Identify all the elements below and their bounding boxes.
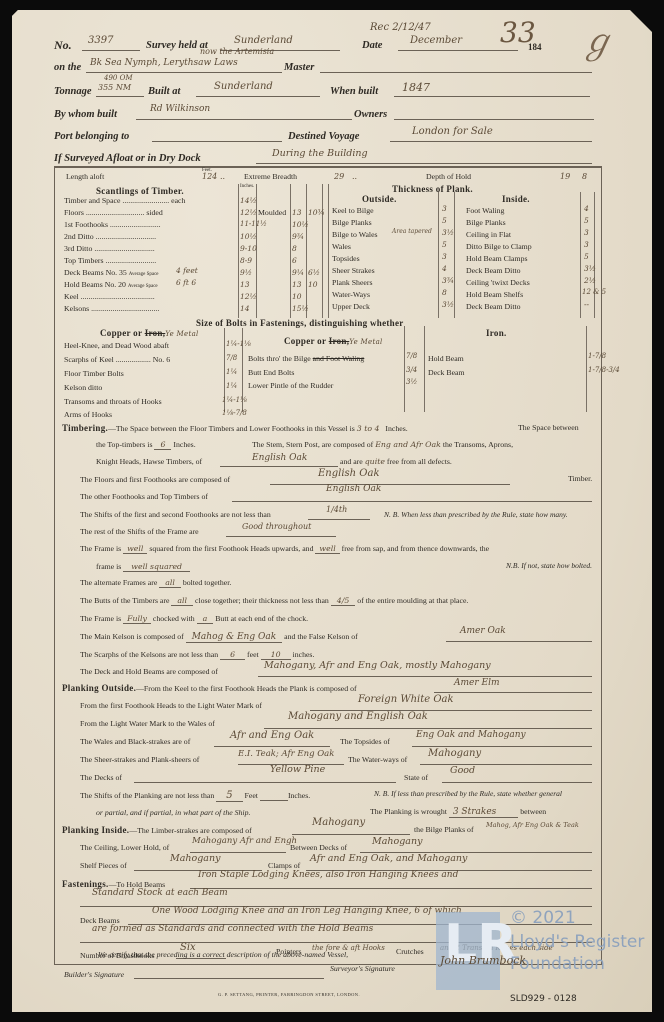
survey-held-at-value: Sunderland <box>234 35 293 46</box>
text: From the Light Water Mark to the Wales o… <box>80 719 215 728</box>
outside-label: Keel to Bilge <box>332 206 374 215</box>
middle-value: 10 <box>292 292 302 301</box>
inside-value: 12 & 5 <box>582 288 606 296</box>
text: inches. <box>293 650 315 659</box>
bolt-label: Lower Pintle of the Rudder <box>248 381 333 390</box>
value: Yellow Pine <box>270 764 325 775</box>
text: The rest of the Shifts of the Frame are <box>80 527 199 536</box>
ends-value: 10 <box>308 280 318 289</box>
middle-value: 10½ <box>292 220 309 229</box>
bolt-value: 1¼-1⅛ <box>222 396 247 404</box>
row-label: Floors <box>64 208 84 217</box>
sided-value: 12½ <box>240 292 257 301</box>
value: 4/5 <box>331 596 356 606</box>
value: Mahogany <box>372 836 422 847</box>
outside-value: 5 <box>442 216 447 225</box>
sided-value: 9½ <box>240 268 252 277</box>
inside-title: Inside. <box>502 194 530 204</box>
sided-value: 10½ <box>240 232 257 241</box>
value: Afr and Eng Oak <box>230 730 314 741</box>
row-label: Timber and Space <box>64 196 120 205</box>
note: N. B. When less than prescribed by the R… <box>384 510 568 519</box>
owners-label: Owners <box>354 109 387 120</box>
outside-value: 3½ <box>442 228 454 237</box>
surveyor-signature-value: John Brumbock <box>440 954 526 967</box>
outside-label: Upper Deck <box>332 302 370 311</box>
text: Inches. <box>173 440 195 449</box>
text: The other Foothooks and Top Timbers of <box>80 492 208 501</box>
survey-held-at-label: Survey held at <box>146 40 208 51</box>
text: Between Decks of <box>290 843 347 852</box>
outside-value: 3½ <box>442 300 454 309</box>
no-label: No. <box>54 38 72 53</box>
value: Mahogany, Afr and Eng Oak, mostly Mahoga… <box>264 660 491 671</box>
bolt-value: 1⅛-7/8 <box>222 409 247 417</box>
middle-value: 9¾ <box>292 232 304 241</box>
bolt-struck: and Foot Waling <box>313 354 365 363</box>
value: Foreign White Oak <box>358 694 454 705</box>
port-label: Port belonging to <box>54 131 129 142</box>
text: Knight Heads, Hawse Timbers, of <box>96 457 202 466</box>
middle-value: 9¼ <box>292 268 304 277</box>
value: 5 <box>216 790 242 802</box>
text: Timber. <box>568 474 592 483</box>
bolt-label: Kelson ditto <box>64 383 102 392</box>
row-label: 2nd Ditto <box>64 232 94 241</box>
bolt-value: 1¼-1⅛ <box>226 340 251 348</box>
text: chocked with <box>153 614 195 623</box>
text: close together; their thickness not less… <box>195 596 329 605</box>
voyage-label: Destined Voyage <box>288 131 359 142</box>
value: Mahogany <box>170 853 220 864</box>
bolts-title: Size of Bolts in Fastenings, distinguish… <box>196 318 404 328</box>
text: The Butts of the Timbers are <box>80 596 169 605</box>
text: the Bilge Planks of <box>414 825 474 834</box>
inside-value: 3 <box>584 228 589 237</box>
text: The Frame is <box>80 614 121 623</box>
tonnage-label: Tonnage <box>54 86 92 97</box>
value: 6 <box>220 650 245 660</box>
copper-or-label-2: Copper or Iron,Ye Metal <box>284 336 383 346</box>
value: well squared <box>123 562 190 572</box>
text: The Floors and first Foothooks are compo… <box>80 475 230 484</box>
value: English Oak <box>252 453 307 463</box>
value: Mahogany <box>428 748 481 759</box>
sided-value: 14½ <box>240 196 257 205</box>
outside-note: Area tapered <box>392 228 432 235</box>
inside-value: 5 <box>584 252 589 261</box>
outside-value: 3¾ <box>442 276 454 285</box>
sided-value: 14 <box>240 304 250 313</box>
surveyor-signature-label: Surveyor's Signature <box>330 964 395 973</box>
value: 1/4th <box>326 505 347 514</box>
row-label: 1st Foothooks <box>64 220 108 229</box>
builder-signature-label: Builder's Signature <box>64 970 124 979</box>
breadth-in: .. <box>352 172 357 181</box>
bolt-label: Arms of Hooks <box>64 410 112 419</box>
row-suffix: each <box>171 196 185 205</box>
on-the-value: Bk Sea Nymph, Lerythsaw Laws <box>90 58 238 68</box>
space-value: 4 feet <box>176 266 198 275</box>
middle-value: 13 <box>292 280 302 289</box>
outside-label: Sheer Strakes <box>332 266 375 275</box>
value: English Oak <box>318 468 380 479</box>
inside-label: Hold Beam Shelfs <box>466 290 523 299</box>
bolt-label: Deck Beam <box>428 368 465 377</box>
scantling-row: Deck Beams No. 35 Average Space <box>64 268 159 277</box>
text: The Sheer-strakes and Plank-sheers of <box>80 755 199 764</box>
bolt-label-text: Scarphs of Keel <box>64 355 114 364</box>
scantling-row: 3rd Ditto ..............................… <box>64 244 155 253</box>
certify-text: We certify that the preceding is a corre… <box>98 950 348 959</box>
text: From the first Foothook Heads to the Lig… <box>80 701 262 710</box>
bolt-value: 1-7/8-3/4 <box>588 366 620 374</box>
moulded-label: Moulded <box>258 208 286 217</box>
text: and are <box>340 457 363 466</box>
bolt-value: 1¼ <box>226 368 237 376</box>
inside-value: 4 <box>584 204 589 213</box>
when-built-label: When built <box>330 86 378 97</box>
text: The Topsides of <box>340 737 390 746</box>
text: —The Space between the Floor Timbers and… <box>108 424 355 433</box>
text: free from sap, and from thence downwards… <box>342 544 489 553</box>
bolt-value: 1-7/8 <box>588 352 606 360</box>
value: Standard Stock at each Beam <box>92 888 228 898</box>
sided-value: 13 <box>240 280 250 289</box>
outside-label: Bilge Planks <box>332 218 372 227</box>
row-suffix: sided <box>146 208 162 217</box>
text: Butt at each end of the chock. <box>215 614 308 623</box>
sided-value: 12½ <box>240 208 257 217</box>
inside-value: 2½ <box>584 276 596 285</box>
sided-value: 8-9 <box>240 256 252 265</box>
row-label: 3rd Ditto <box>64 244 92 253</box>
scantling-row: Timber and Space .......................… <box>64 196 185 205</box>
planking-outside-heading: Planking Outside. <box>62 683 136 693</box>
sided-value: 11-11½ <box>240 220 267 228</box>
value: Good <box>450 765 475 776</box>
inside-label: Deck Beam Ditto <box>466 266 521 275</box>
bolt-value: 7/8 <box>406 352 417 360</box>
text: Inches. <box>385 424 407 433</box>
text: the Transoms, Aprons, <box>443 440 513 449</box>
value: Mahogany and English Oak <box>288 711 428 722</box>
bolt-label: Heel-Knee, and Dead Wood abaft <box>64 341 169 350</box>
text: The Ceiling, Lower Hold, of <box>80 843 169 852</box>
scantling-row: Top Timbers .......................... <box>64 256 156 265</box>
text: The Space between <box>518 423 579 432</box>
value: Fully <box>123 614 151 624</box>
iron-struck: Iron, <box>329 336 350 346</box>
text: squared from the first Foothook Heads up… <box>149 544 313 553</box>
value: 6 <box>154 440 171 450</box>
text: —From the Keel to the first Foothook Hea… <box>136 684 356 693</box>
inches-header: Inches. <box>240 184 254 189</box>
sided-value: 9-10 <box>240 244 257 253</box>
no-value: 3397 <box>88 35 113 46</box>
metal-note: Ye Metal <box>165 330 198 338</box>
ends-value: 10¾ <box>308 208 325 217</box>
outside-label: Water-Ways <box>332 290 370 299</box>
length-label: Length aloft <box>66 172 104 181</box>
value: Iron Staple Lodging Knees, also Iron Han… <box>198 870 458 880</box>
length-ft: 124 <box>202 172 217 181</box>
middle-value: 8 <box>292 244 297 253</box>
value: all <box>159 578 181 588</box>
text: The Frame is <box>80 544 121 553</box>
value: Amer Oak <box>460 626 506 636</box>
value: a <box>197 614 214 624</box>
copyright-text: © 2021 <box>510 908 576 928</box>
space-value: 6 ft 6 <box>176 278 196 287</box>
outside-value: 8 <box>442 288 447 297</box>
text: Inches. <box>288 791 310 800</box>
row-label: Top Timbers <box>64 256 104 265</box>
copper-or-label: Copper or Iron,Ye Metal <box>100 328 199 338</box>
inside-label: Ceiling in Flat <box>466 230 511 239</box>
year-prefix: 184 <box>528 42 542 52</box>
row-label: Kelsons <box>64 304 89 313</box>
length-in: .. <box>220 172 225 181</box>
text: The Shifts of the Planking are not less … <box>80 791 214 800</box>
text: bolted together. <box>183 578 232 587</box>
text: Shelf Pieces of <box>80 861 127 870</box>
bolt-label: Bolts thro' the Bilge and Foot Waling <box>248 354 364 363</box>
afloat-value: During the Building <box>272 148 368 159</box>
planking-inside-heading: Planking Inside. <box>62 825 129 835</box>
date-value: December <box>410 35 462 46</box>
iron-title: Iron. <box>486 328 507 338</box>
bolt-label: Transoms and throats of Hooks <box>64 397 162 406</box>
text: and the False Kelson of <box>284 632 358 641</box>
value: English Oak <box>326 484 381 494</box>
scantling-row: Hold Beams No. 20 Average Space <box>64 280 158 289</box>
plank-title: Thickness of Plank. <box>392 184 473 194</box>
text: The Shifts of the first and second Footh… <box>80 510 271 519</box>
middle-value: 6 <box>292 256 297 265</box>
value: Mahog & Eng Oak <box>186 632 282 643</box>
scantling-row: Kelsons ................................… <box>64 304 159 313</box>
bolt-value: 3½ <box>406 378 417 386</box>
bolt-label-text: Bolts thro' the Bilge <box>248 354 311 363</box>
scantling-row: 2nd Ditto ..............................… <box>64 232 156 241</box>
value: are formed as Standards and connected wi… <box>92 924 373 934</box>
bolt-label: Floor Timber Bolts <box>64 369 124 378</box>
inside-value: 3 <box>584 240 589 249</box>
scantling-row: 1st Foothooks .......................... <box>64 220 161 229</box>
value: 3 Strakes <box>449 807 518 818</box>
value: Mahog, Afr Eng Oak & Teak <box>486 821 579 829</box>
inside-label: Hold Beam Clamps <box>466 254 528 263</box>
middle-value: 13 <box>292 208 302 217</box>
text: —The Limber-strakes are composed of <box>129 826 251 835</box>
above-note: now the Artemisia <box>200 47 274 56</box>
foundation-name-line1: Lloyd's Register <box>510 932 644 952</box>
bolt-label: Butt End Bolts <box>248 368 294 377</box>
ends-value: 6½ <box>308 268 320 277</box>
master-label: Master <box>284 62 314 73</box>
value: quite <box>365 457 385 466</box>
note: or partial, and if partial, in what part… <box>96 808 250 817</box>
text: between <box>520 807 546 816</box>
value: 3 to 4 <box>357 424 380 433</box>
outside-label: Bilge to Wales <box>332 230 378 239</box>
bolt-value: 7/8 <box>226 354 237 362</box>
inside-label: Bilge Planks <box>466 218 506 227</box>
text: the Top-timbers is <box>96 440 152 449</box>
outside-value: 5 <box>442 240 447 249</box>
timbering-heading: Timbering. <box>62 423 108 433</box>
average-space: Average Space <box>128 284 158 289</box>
text: The Scarphs of the Kelsons are not less … <box>80 650 218 659</box>
built-at-label: Built at <box>148 86 180 97</box>
on-the-label: on the <box>54 62 81 73</box>
bolt-value: 1¼ <box>226 382 237 390</box>
text: The Wales and Black-strakes are of <box>80 737 190 746</box>
average-space: Average Space <box>129 272 159 277</box>
value: One Wood Lodging Knee and an Iron Leg Ha… <box>152 906 462 916</box>
text: The Decks of <box>80 773 122 782</box>
text: Clamps of <box>268 861 300 870</box>
inside-value: 5 <box>584 216 589 225</box>
value: Good throughout <box>242 522 311 531</box>
text: free from all defects. <box>387 457 452 466</box>
outside-label: Topsides <box>332 254 360 263</box>
inside-value: -- <box>584 300 589 309</box>
text: State of <box>404 773 428 782</box>
inside-label: Foot Waling <box>466 206 504 215</box>
built-at-value: Sunderland <box>214 81 273 92</box>
inside-value: 3½ <box>584 264 596 273</box>
by-whom-value: Rd Wilkinson <box>150 104 210 114</box>
text: The alternate Frames are <box>80 578 157 587</box>
by-whom-label: By whom built <box>54 109 117 120</box>
metal-note: Ye Metal <box>349 338 382 346</box>
text: The Planking is wrought <box>370 807 447 816</box>
text: frame is <box>96 562 121 571</box>
value: Mahogany Afr and Engh <box>192 836 297 846</box>
voyage-value: London for Sale <box>412 126 493 137</box>
copper-or: Copper or <box>284 336 326 346</box>
outside-label: Plank Sheers <box>332 278 373 287</box>
breadth-label: Extreme Breadth <box>244 172 297 181</box>
note: N. B. If less than prescribed by the Rul… <box>374 789 562 798</box>
iron-struck: Iron, <box>145 328 166 338</box>
bolt-value: 3/4 <box>406 366 417 374</box>
bolt-label: Hold Beam <box>428 354 464 363</box>
note: N.B. If not, state how bolted. <box>506 561 592 570</box>
text: Feet <box>245 791 258 800</box>
inside-label: Ceiling 'twixt Decks <box>466 278 530 287</box>
bolt-extra: No. 6 <box>153 355 170 364</box>
value: E.I. Teak; Afr Eng Oak <box>238 749 334 759</box>
scantling-row: Keel ...................................… <box>64 292 155 301</box>
row-label: Hold Beams No. 20 <box>64 280 126 289</box>
depth-label: Depth of Hold <box>426 172 471 181</box>
depth-in: 8 <box>582 172 587 181</box>
inside-label: Deck Beam Ditto <box>466 302 521 311</box>
tonnage-above: 490 OM <box>104 74 133 82</box>
value: Eng Oak and Mahogany <box>416 730 526 740</box>
text: The Main Kelson is composed of <box>80 632 184 641</box>
bolt-label: Scarphs of Keel .................. No. 6 <box>64 355 170 364</box>
row-label: Keel <box>64 292 79 301</box>
afloat-label: If Surveyed Afloat or in Dry Dock <box>54 153 201 164</box>
value: 10 <box>261 650 291 660</box>
text: The Stem, Stern Post, are composed of <box>252 440 373 449</box>
value: all <box>171 596 193 606</box>
middle-value: 15½ <box>292 304 309 313</box>
text: Crutches <box>396 947 424 956</box>
outside-value: 4 <box>442 264 447 273</box>
value: well <box>315 544 339 554</box>
date-label: Date <box>362 40 382 51</box>
breadth-ft: 29 <box>334 172 344 181</box>
depth-ft: 19 <box>560 172 570 181</box>
inside-label: Ditto Bilge to Clamp <box>466 242 532 251</box>
outside-label: Wales <box>332 242 351 251</box>
value: Eng and Afr Oak <box>375 440 441 449</box>
value: Afr and Eng Oak, and Mahogany <box>310 853 467 864</box>
received-note: Rec 2/12/47 <box>370 22 431 33</box>
value: Amer Elm <box>454 678 500 688</box>
text: feet <box>247 650 259 659</box>
outside-title: Outside. <box>362 194 397 204</box>
tonnage-value: 355 NM <box>98 83 131 92</box>
text: The Deck and Hold Beams are composed of <box>80 667 218 676</box>
scantling-row: Floors .............................. si… <box>64 208 163 217</box>
row-label: Deck Beams No. 35 <box>64 268 127 277</box>
flourish-mark: ℊ <box>580 14 614 63</box>
printer-imprint: G. P. SETTANG, PRINTER, FARRINGDON STREE… <box>218 992 360 997</box>
text: The Water-ways of <box>348 755 407 764</box>
copper-or: Copper or <box>100 328 142 338</box>
value: Mahogany <box>312 817 365 828</box>
scantlings-title: Scantlings of Timber. <box>96 186 184 196</box>
when-built-value: 1847 <box>402 81 430 94</box>
outside-value: 3 <box>442 252 447 261</box>
archive-reference: SLD929 - 0128 <box>510 994 577 1004</box>
outside-value: 3 <box>442 204 447 213</box>
text: of the entire moulding at that place. <box>357 596 468 605</box>
value: well <box>123 544 147 554</box>
